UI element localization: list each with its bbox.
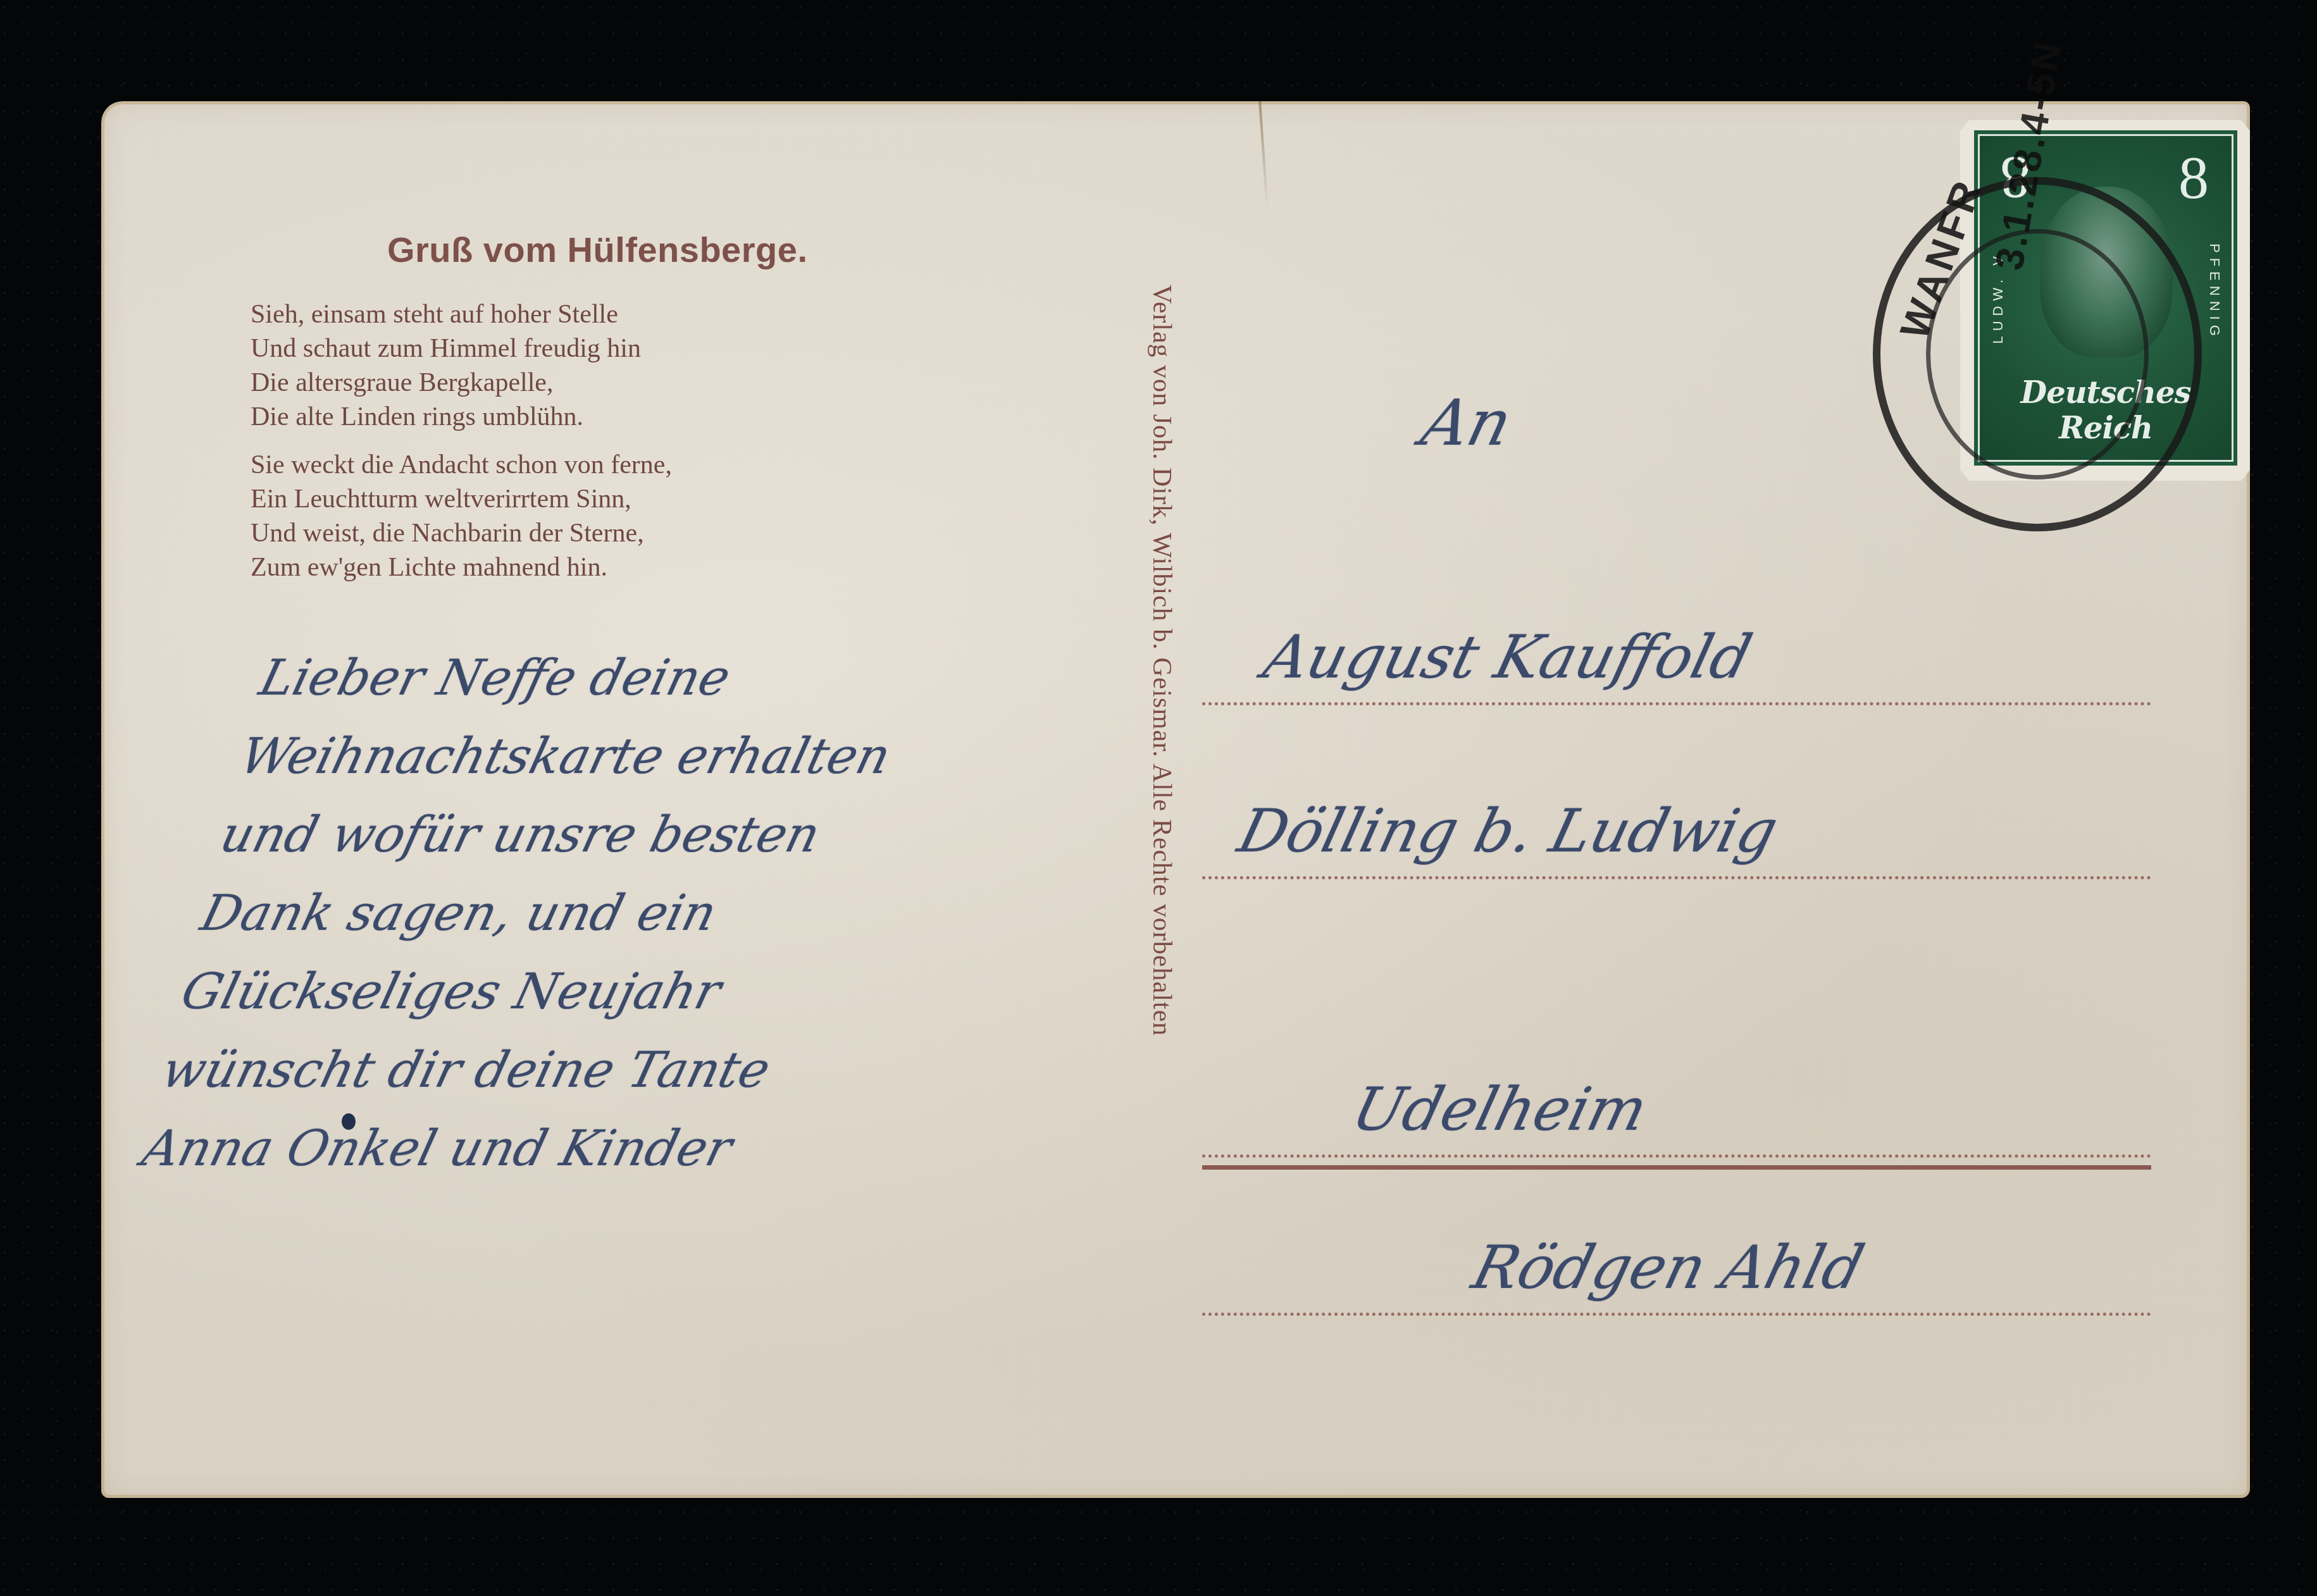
- address-region: Rödgen Ahld: [1465, 1234, 1870, 1302]
- address-rule: [1202, 1313, 2151, 1316]
- message-line: Weihnachtskarte erhalten: [232, 717, 898, 796]
- poem-line: Sie weckt die Andacht schon von ferne,: [251, 448, 672, 482]
- message-signature: Anna Onkel und Kinder: [134, 1110, 801, 1188]
- handwritten-message: Lieber Neffe deine Weihnachtskarte erhal…: [134, 639, 919, 1188]
- message-line: und wofür unsre besten: [212, 796, 879, 874]
- address-salutation: An: [1414, 386, 1519, 460]
- address-town: Udelheim: [1345, 1075, 1654, 1144]
- message-line: Glückseliges Neujahr: [173, 953, 840, 1031]
- message-line: Dank sagen, und ein: [193, 874, 860, 953]
- poem-line: Zum ew'gen Lichte mahnend hin.: [251, 550, 672, 585]
- stamp-value: 8: [2178, 147, 2209, 208]
- poem-line: Und schaut zum Himmel freudig hin: [251, 331, 672, 366]
- address-rule: [1202, 1154, 2151, 1158]
- poem-line: Und weist, die Nachbarin der Sterne,: [251, 516, 672, 550]
- poem-line: Die altersgraue Bergkapelle,: [251, 366, 672, 400]
- address-underline: [1202, 1165, 2151, 1170]
- poem-stanza: Sie weckt die Andacht schon von ferne, E…: [251, 448, 672, 585]
- address-street: Dölling b. Ludwig: [1231, 797, 1784, 866]
- address-name: August Kauffold: [1257, 623, 1758, 692]
- poem-line: Ein Leuchtturm weltverirrtem Sinn,: [251, 482, 672, 516]
- message-line: Lieber Neffe deine: [251, 639, 918, 717]
- publisher-imprint: Verlag von Joh. Dirk, Wilbich b. Geismar…: [1146, 285, 1177, 1036]
- address-rule: [1202, 876, 2151, 879]
- poem: Sieh, einsam steht auf hoher Stelle Und …: [251, 297, 672, 598]
- poem-stanza: Sieh, einsam steht auf hoher Stelle Und …: [251, 297, 672, 434]
- poem-title: Gruß vom Hülfensberge.: [387, 229, 807, 270]
- poem-line: Sieh, einsam steht auf hoher Stelle: [251, 297, 672, 331]
- message-line: wünscht dir deine Tante: [154, 1031, 821, 1110]
- ink-blot: [342, 1113, 356, 1130]
- poem-line: Die alte Linden rings umblühn.: [251, 400, 672, 434]
- address-rule: [1202, 702, 2151, 705]
- stamp-side-text: PFENNIG: [2206, 244, 2223, 341]
